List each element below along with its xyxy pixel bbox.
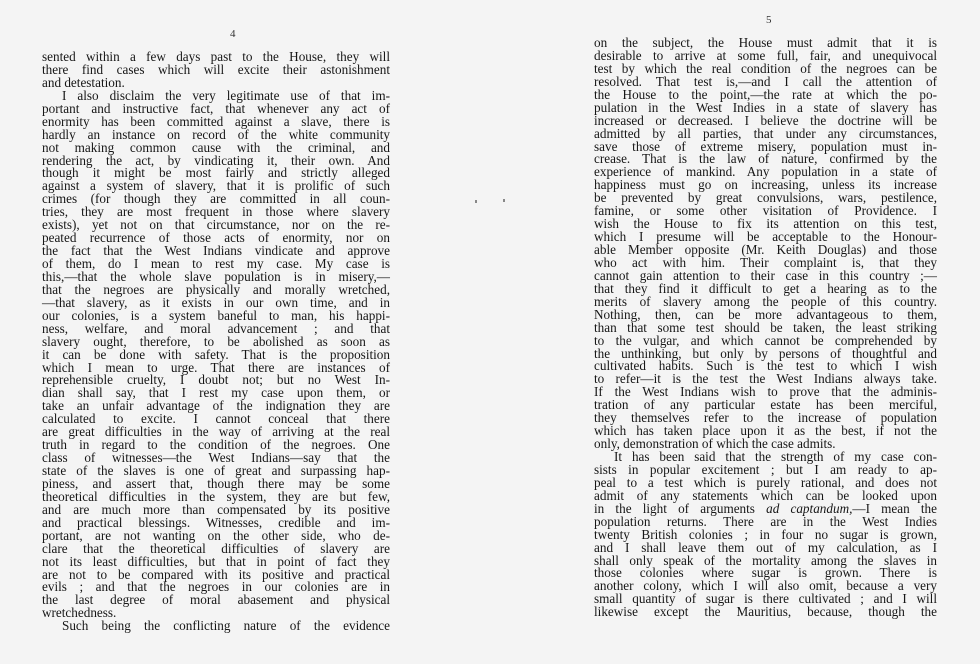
text-line: likewise except the Mauritius, because, … — [594, 606, 937, 619]
scan-speck — [475, 200, 477, 203]
page-number-right: 5 — [766, 14, 772, 26]
text-line: Such being the conflicting nature of the… — [42, 620, 390, 633]
left-page-text-column: sented within a few days past to the Hou… — [42, 51, 390, 633]
scan-speck — [503, 199, 505, 202]
page-number-left: 4 — [230, 28, 236, 40]
right-page-text-column: on the subject, the House must admit tha… — [594, 37, 937, 619]
